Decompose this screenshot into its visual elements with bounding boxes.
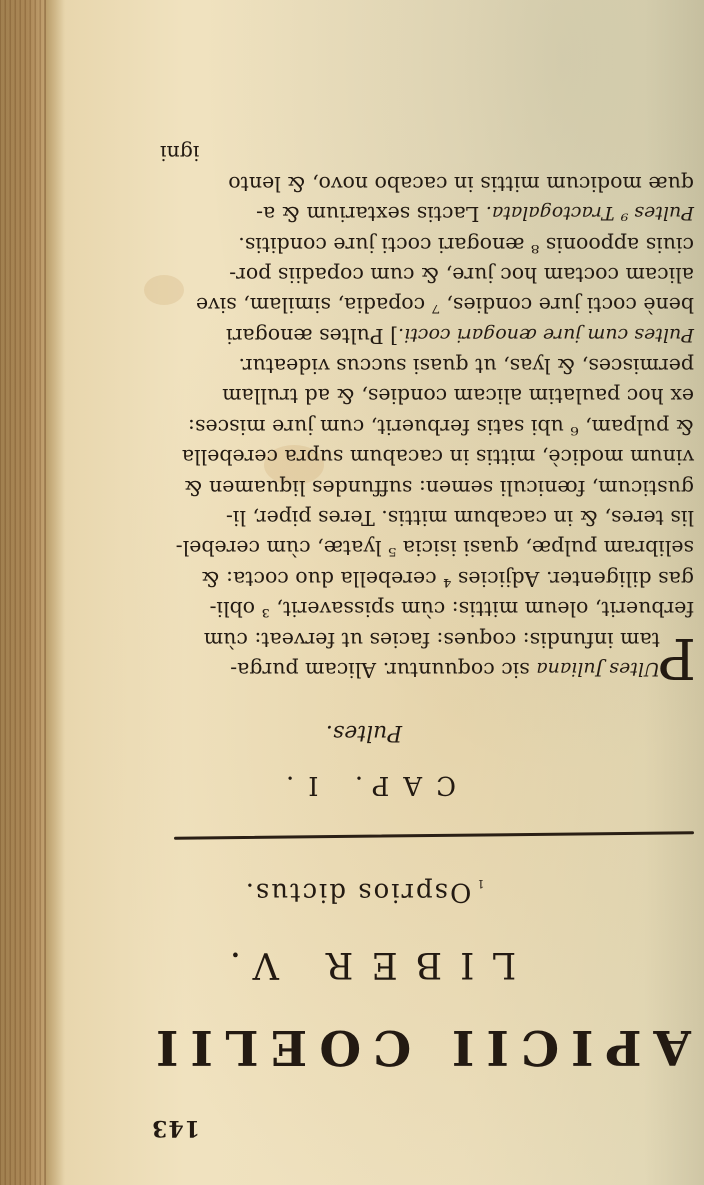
italic-text: Ultes <box>603 658 660 680</box>
gutter-shadow <box>44 0 66 1185</box>
roman-text: benè cocti jure condies, ⁷ copadia, simi… <box>196 293 694 317</box>
page-number: 143 <box>151 1115 200 1141</box>
roman-text: alicam coctam hoc jure, & cum copadiis p… <box>229 263 694 287</box>
text-line: ferbuerit, oleum mittis: cùm spissaverit… <box>154 594 694 624</box>
roman-text: gas diligenter. Adjicies ⁴ cerebella duo… <box>201 567 694 591</box>
text-line: permisces, & lyas, ut quasi succus videa… <box>154 351 694 381</box>
italic-text: Pultes cum jure ænogari cocti. <box>398 324 694 346</box>
text-line: Ultes Juliana sic coquuntur. Alicam purg… <box>154 655 694 685</box>
book-title: LIBER V. <box>174 944 554 985</box>
text-line: ciuis appoonis ⁸ ænogari cocti jure cond… <box>154 229 694 259</box>
roman-text: tam infundis: coques: facies ut ferveat:… <box>204 628 660 652</box>
roman-text: vinum modicè, mittis in cacabum supra ce… <box>182 445 694 469</box>
section-title: Pultes. <box>174 720 554 745</box>
book-subtitle-text: Osprios dictus. <box>244 877 472 907</box>
footnote-marker: 1 <box>475 877 484 890</box>
book-spine-gutter <box>0 0 46 1185</box>
roman-text: ferbuerit, oleum mittis: cùm spissaverit… <box>210 597 694 621</box>
roman-text: selibram pulpæ, quasi isicia ⁵ lyatæ, cù… <box>176 536 694 560</box>
text-line: benè cocti jure condies, ⁷ copadia, simi… <box>154 290 694 320</box>
roman-text: lis teres, & in cacabum mittis. Teres pi… <box>226 506 694 530</box>
text-line: Pultes ⁹ Tractogalata. Lactis sextarium … <box>154 199 694 229</box>
text-line: ex hoc paulatim alicam condies, & ad tru… <box>154 381 694 411</box>
text-line: selibram pulpæ, quasi isicia ⁵ lyatæ, cù… <box>154 533 694 563</box>
roman-text: quæ modicum mittis in cacabo novo, & len… <box>228 172 694 196</box>
italic-text: Juliana <box>536 658 603 680</box>
text-line: Pultes cum jure ænogari cocti.] Pultes æ… <box>154 320 694 350</box>
roman-text: ] Pultes ænogari <box>226 324 398 348</box>
roman-text: & pulpam, ⁶ ubi satis ferbuerit, cum jur… <box>188 415 694 439</box>
horizontal-rule <box>174 831 694 839</box>
roman-text: Lactis sextarium & a- <box>256 202 486 226</box>
text-lines: Ultes Juliana sic coquuntur. Alicam purg… <box>154 168 694 685</box>
roman-text: sic coquuntur. Alicam purga- <box>230 658 536 682</box>
text-line: gusticum, fœniculi semen: suffundes liqu… <box>154 472 694 502</box>
text-line: quæ modicum mittis in cacabo novo, & len… <box>154 168 694 198</box>
body-text: P Ultes Juliana sic coquuntur. Alicam pu… <box>154 138 694 685</box>
text-line: alicam coctam hoc jure, & cum copadiis p… <box>154 260 694 290</box>
text-line-last: igni <box>154 138 694 168</box>
book-subtitle: 1Osprios dictus. <box>174 877 554 907</box>
roman-text: ex hoc paulatim alicam condies, & ad tru… <box>222 384 694 408</box>
roman-text: ciuis appoonis ⁸ ænogari cocti jure cond… <box>238 233 694 257</box>
italic-text: Pultes ⁹ Tractogalata. <box>486 202 694 224</box>
text-line: lis teres, & in cacabum mittis. Teres pi… <box>154 503 694 533</box>
roman-text: gusticum, fœniculi semen: suffundes liqu… <box>184 476 694 500</box>
text-line: tam infundis: coques: facies ut ferveat:… <box>154 624 694 654</box>
chapter-heading: CAP. I. <box>174 770 554 800</box>
text-line: vinum modicè, mittis in cacabum supra ce… <box>154 442 694 472</box>
scanned-book-page: 143 APICII COELII LIBER V. 1Osprios dict… <box>0 0 704 1185</box>
running-head: APICII COELII <box>144 1019 704 1075</box>
roman-text: permisces, & lyas, ut quasi succus videa… <box>238 354 694 378</box>
text-line: gas diligenter. Adjicies ⁴ cerebella duo… <box>154 563 694 593</box>
text-line: & pulpam, ⁶ ubi satis ferbuerit, cum jur… <box>154 411 694 441</box>
drop-cap: P <box>658 629 696 685</box>
